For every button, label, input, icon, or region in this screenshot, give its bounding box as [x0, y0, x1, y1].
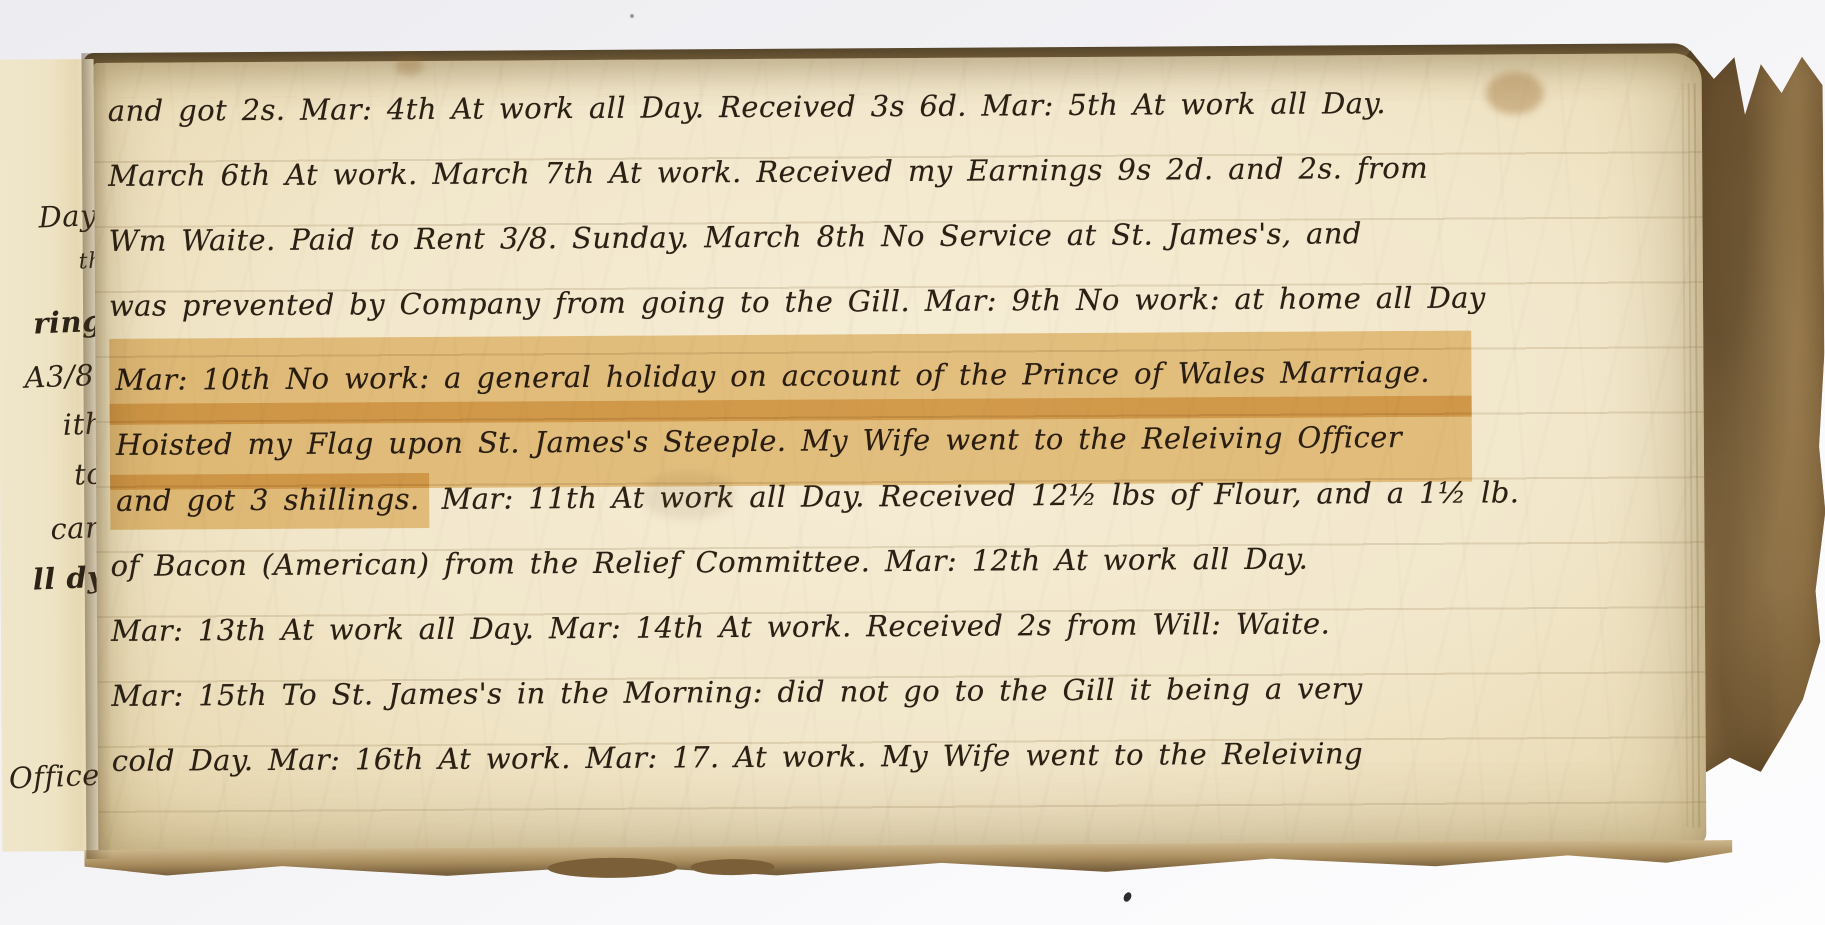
page-stack-edge — [1694, 83, 1701, 827]
diary-line-highlighted: Mar: 10th No work: a general holiday on … — [109, 329, 1689, 404]
diary-line: cold Day. Mar: 16th At work. Mar: 17. At… — [112, 719, 1692, 794]
highlight-mark: and got 3 shillings. — [110, 473, 430, 530]
line-text: Mar: 15th To St. James's in the Morning:… — [111, 671, 1362, 713]
diary-line: was prevented by Company from going to t… — [109, 264, 1689, 339]
line-text: Hoisted my Flag upon St. James's Steeple… — [116, 420, 1402, 462]
cover-edge-blob — [547, 857, 677, 878]
line-text: of Bacon (American) from the Relief Comm… — [111, 542, 1309, 583]
diary-line: Mar: 15th To St. James's in the Morning:… — [111, 654, 1691, 729]
margin-fragment: Officer — [8, 757, 98, 795]
diary-line: of Bacon (American) from the Relief Comm… — [110, 524, 1690, 599]
book: Day. th ring A3/8. ith to can ll dy Offi… — [0, 0, 1825, 925]
diary-page: and got 2s. Mar: 4th At work all Day. Re… — [94, 53, 1707, 855]
line-text: was prevented by Company from going to t… — [109, 280, 1486, 322]
diary-line: and got 2s. Mar: 4th At work all Day. Re… — [108, 69, 1688, 144]
diary-line: March 6th At work. March 7th At work. Re… — [108, 134, 1688, 209]
scanner-speck — [630, 14, 634, 18]
line-text: cold Day. Mar: 16th At work. Mar: 17. At… — [112, 736, 1363, 778]
diary-text: and got 2s. Mar: 4th At work all Day. Re… — [108, 69, 1692, 794]
scanned-diary-page: Day. th ring A3/8. ith to can ll dy Offi… — [0, 0, 1825, 925]
line-text: March 6th At work. March 7th At work. Re… — [108, 151, 1428, 193]
line-text: and got 2s. Mar: 4th At work all Day. Re… — [108, 86, 1386, 128]
line-text: Mar: 10th No work: a general holiday on … — [115, 355, 1430, 397]
line-text: Mar: 13th At work all Day. Mar: 14th At … — [111, 606, 1330, 647]
diary-line-highlighted: Hoisted my Flag upon St. James's Steeple… — [110, 394, 1690, 469]
gutter-shadow — [81, 53, 112, 859]
diary-line: Wm Waite. Paid to Rent 3/8. Sunday. Marc… — [108, 199, 1688, 274]
line-text: and got 3 shillings. — [116, 482, 420, 518]
diary-line: Mar: 13th At work all Day. Mar: 14th At … — [111, 589, 1691, 664]
line-text: Wm Waite. Paid to Rent 3/8. Sunday. Marc… — [109, 216, 1362, 258]
